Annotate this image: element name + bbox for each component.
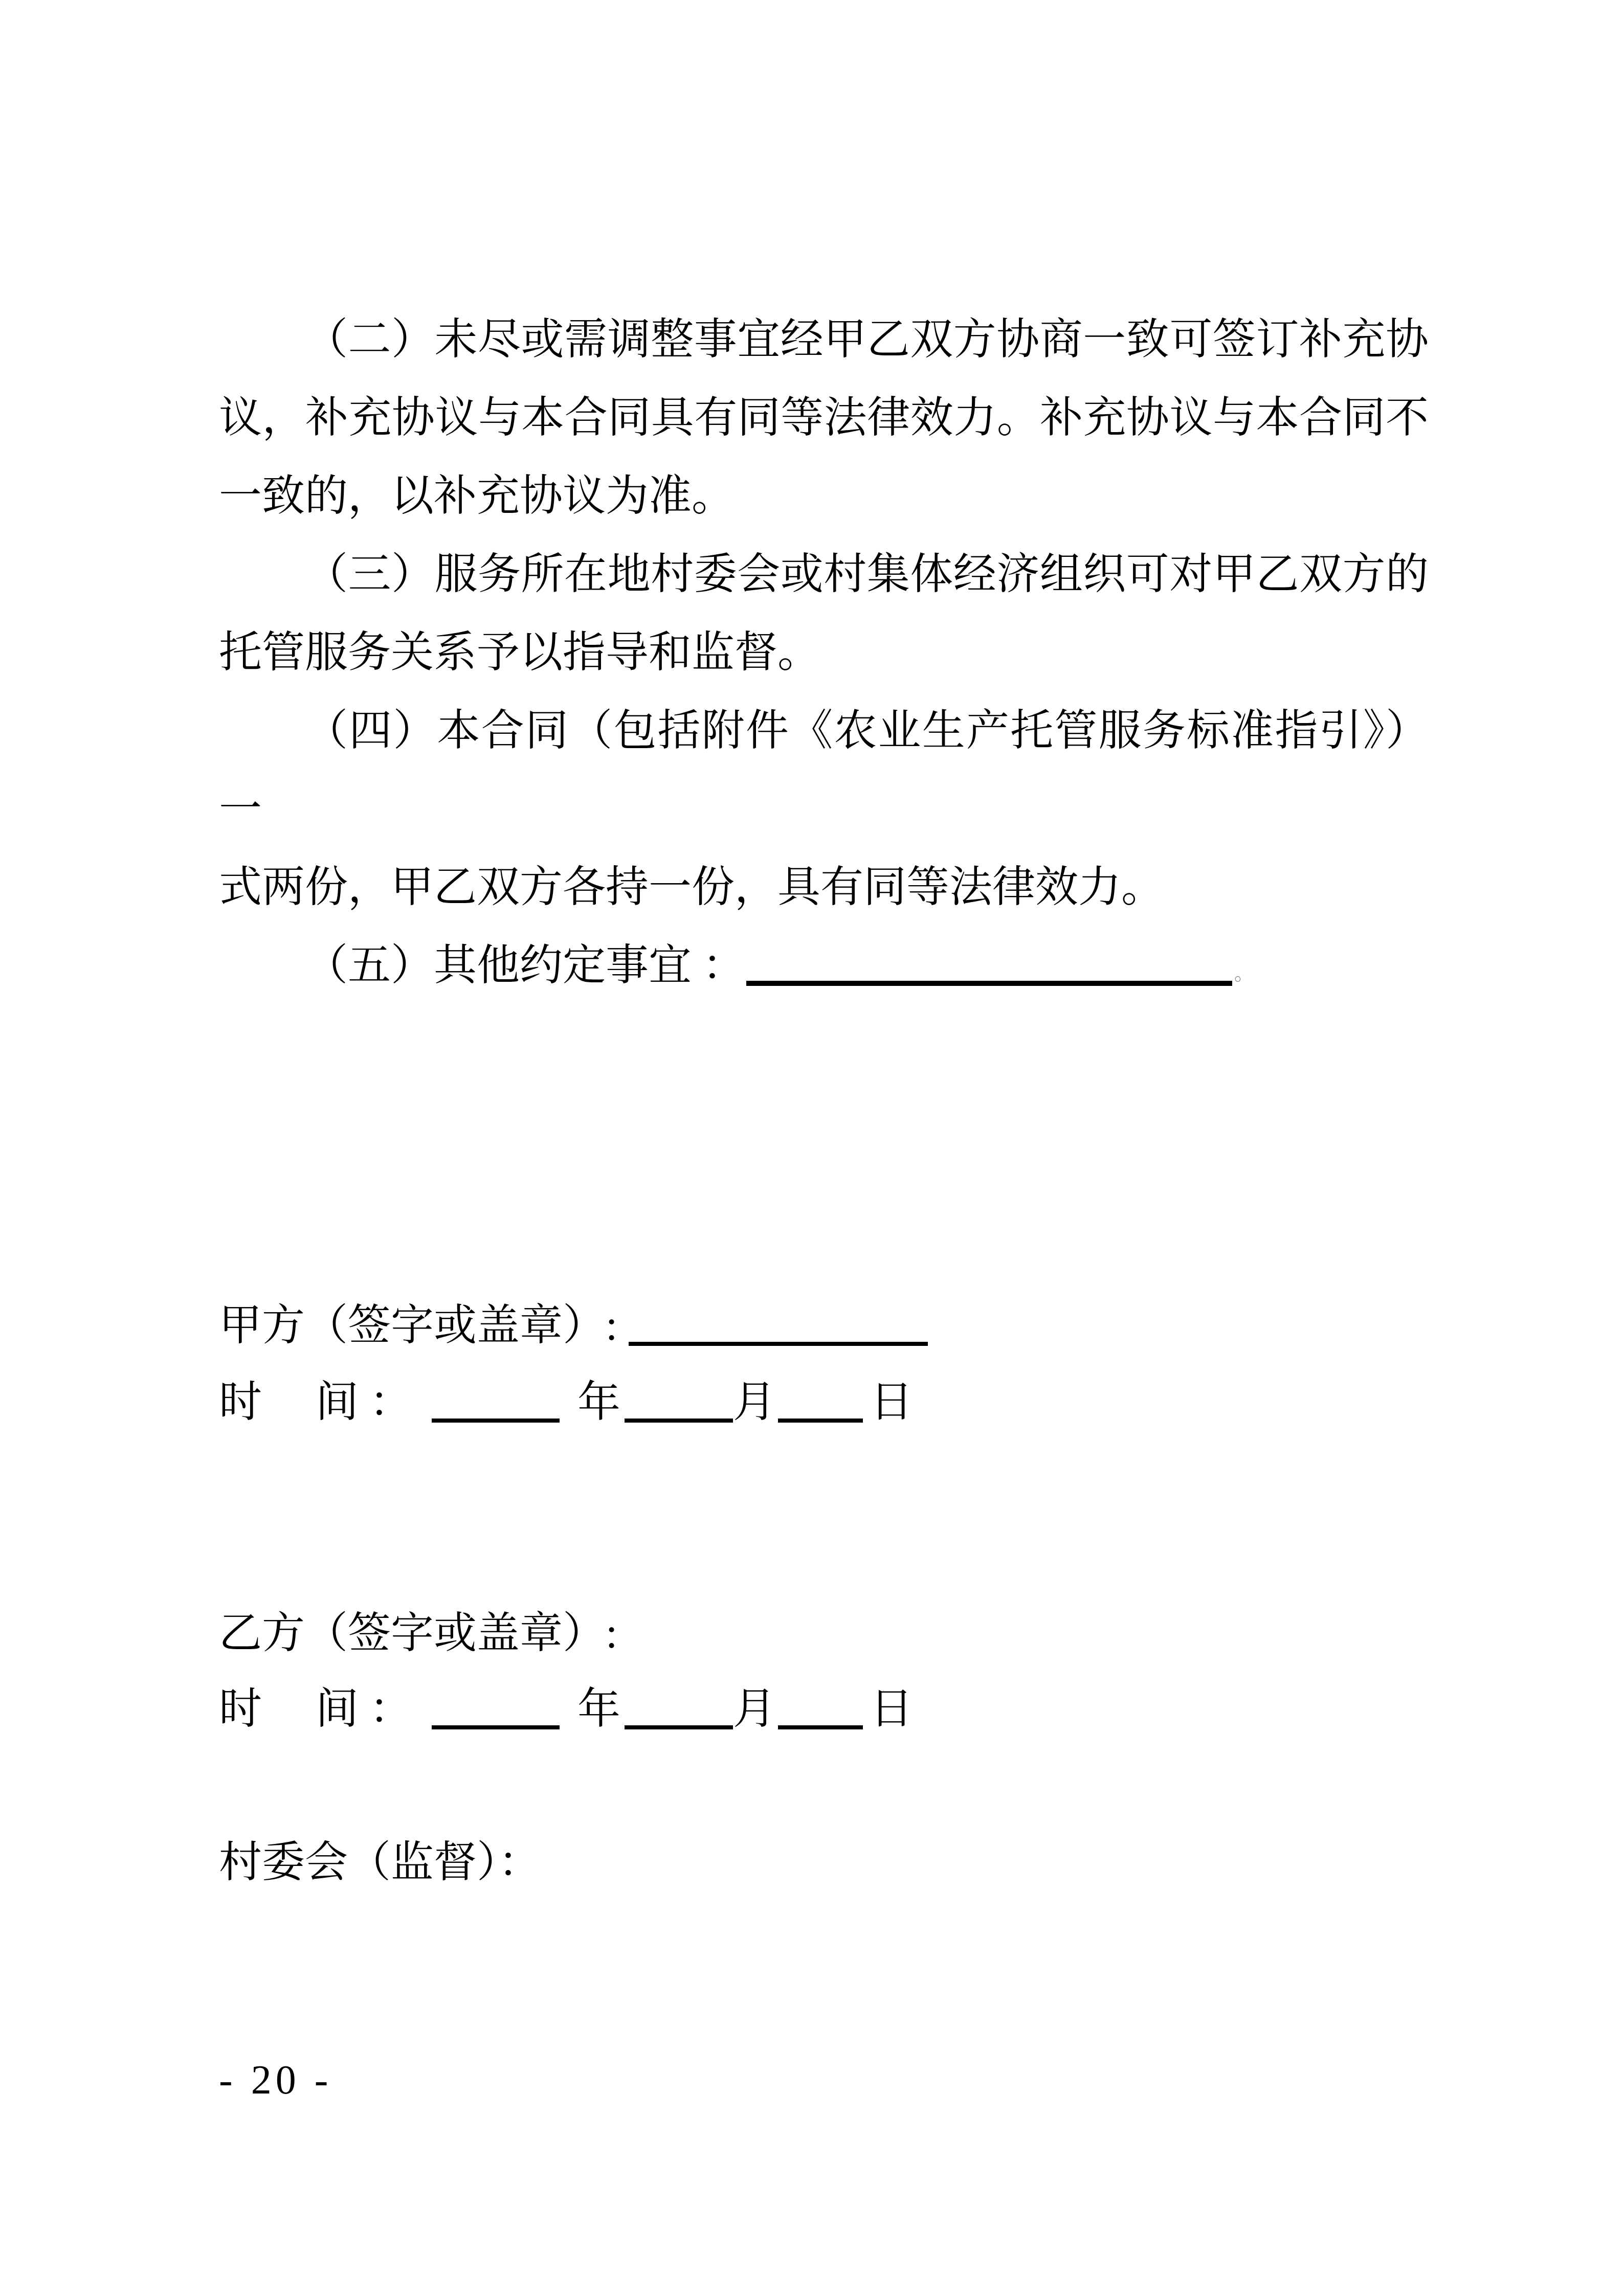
clause-four-line-1: （四）本合同（包括附件《农业生产托管服务标准指引》）一: [219, 692, 1429, 848]
village-committee-label: 村委会（监督）：: [219, 1839, 541, 1886]
village-committee-line: 村委会（监督）：: [219, 1824, 1549, 1902]
party-b-day-label: 日: [870, 1685, 913, 1733]
clause-two-line-3: 一致的，以补充协议为准。: [219, 457, 1429, 535]
party-a-signature-blank[interactable]: [629, 1318, 928, 1346]
party-b-year-blank[interactable]: [432, 1702, 560, 1729]
party-b-signature-label: 乙方（签字或盖章）:: [219, 1610, 617, 1657]
clause-two-line-2: 议，补充协议与本合同具有同等法律效力。补充协议与本合同不: [219, 379, 1429, 457]
party-a-month-blank[interactable]: [625, 1395, 733, 1423]
clause-three-line-2: 托管服务关系予以指导和监督。: [219, 614, 1429, 692]
party-a-time-label: 时 间 ：: [219, 1379, 412, 1426]
clause-five-label: （五）其他约定事宜 ：: [305, 942, 745, 989]
party-a-signature-label: 甲方（签字或盖章）:: [219, 1302, 617, 1349]
party-a-year-label: 年: [577, 1379, 620, 1426]
party-b-time-label: 时 间 ：: [219, 1685, 412, 1733]
clause-five-trailing-period: 。: [1234, 963, 1254, 984]
clause-three-line-1: （三）服务所在地村委会或村集体经济组织可对甲乙双方的: [219, 535, 1429, 614]
party-a-day-label: 日: [870, 1379, 913, 1426]
contract-clauses-section: （二）未尽或需调整事宜经甲乙双方协商一致可签订补充协 议，补充协议与本合同具有同…: [219, 301, 1429, 1013]
party-a-date-line: 时 间 ：年月日: [219, 1363, 1549, 1442]
clause-four-line-2: 式两份，甲乙双方各持一份，具有同等法律效力。: [219, 848, 1429, 927]
other-matters-blank-line[interactable]: [746, 957, 1232, 986]
contract-document-page: （二）未尽或需调整事宜经甲乙双方协商一致可签订补充协 议，补充协议与本合同具有同…: [0, 0, 1624, 2296]
party-b-year-label: 年: [577, 1685, 620, 1733]
party-a-day-blank[interactable]: [778, 1395, 863, 1423]
party-a-year-blank[interactable]: [432, 1395, 560, 1423]
page-number: - 20 -: [219, 2055, 332, 2106]
party-b-signature-line: 乙方（签字或盖章）:: [219, 1594, 1549, 1673]
party-b-month-label: 月: [733, 1685, 776, 1733]
clause-five-line: （五）其他约定事宜 ：。: [219, 927, 1429, 1013]
party-b-month-blank[interactable]: [625, 1702, 733, 1729]
party-b-date-line: 时 间 ：年月日: [219, 1670, 1549, 1748]
party-b-day-blank[interactable]: [778, 1702, 863, 1729]
clause-two-line-1: （二）未尽或需调整事宜经甲乙双方协商一致可签订补充协: [219, 301, 1429, 379]
party-a-signature-line: 甲方（签字或盖章）:: [219, 1287, 1549, 1365]
party-a-month-label: 月: [733, 1379, 776, 1426]
